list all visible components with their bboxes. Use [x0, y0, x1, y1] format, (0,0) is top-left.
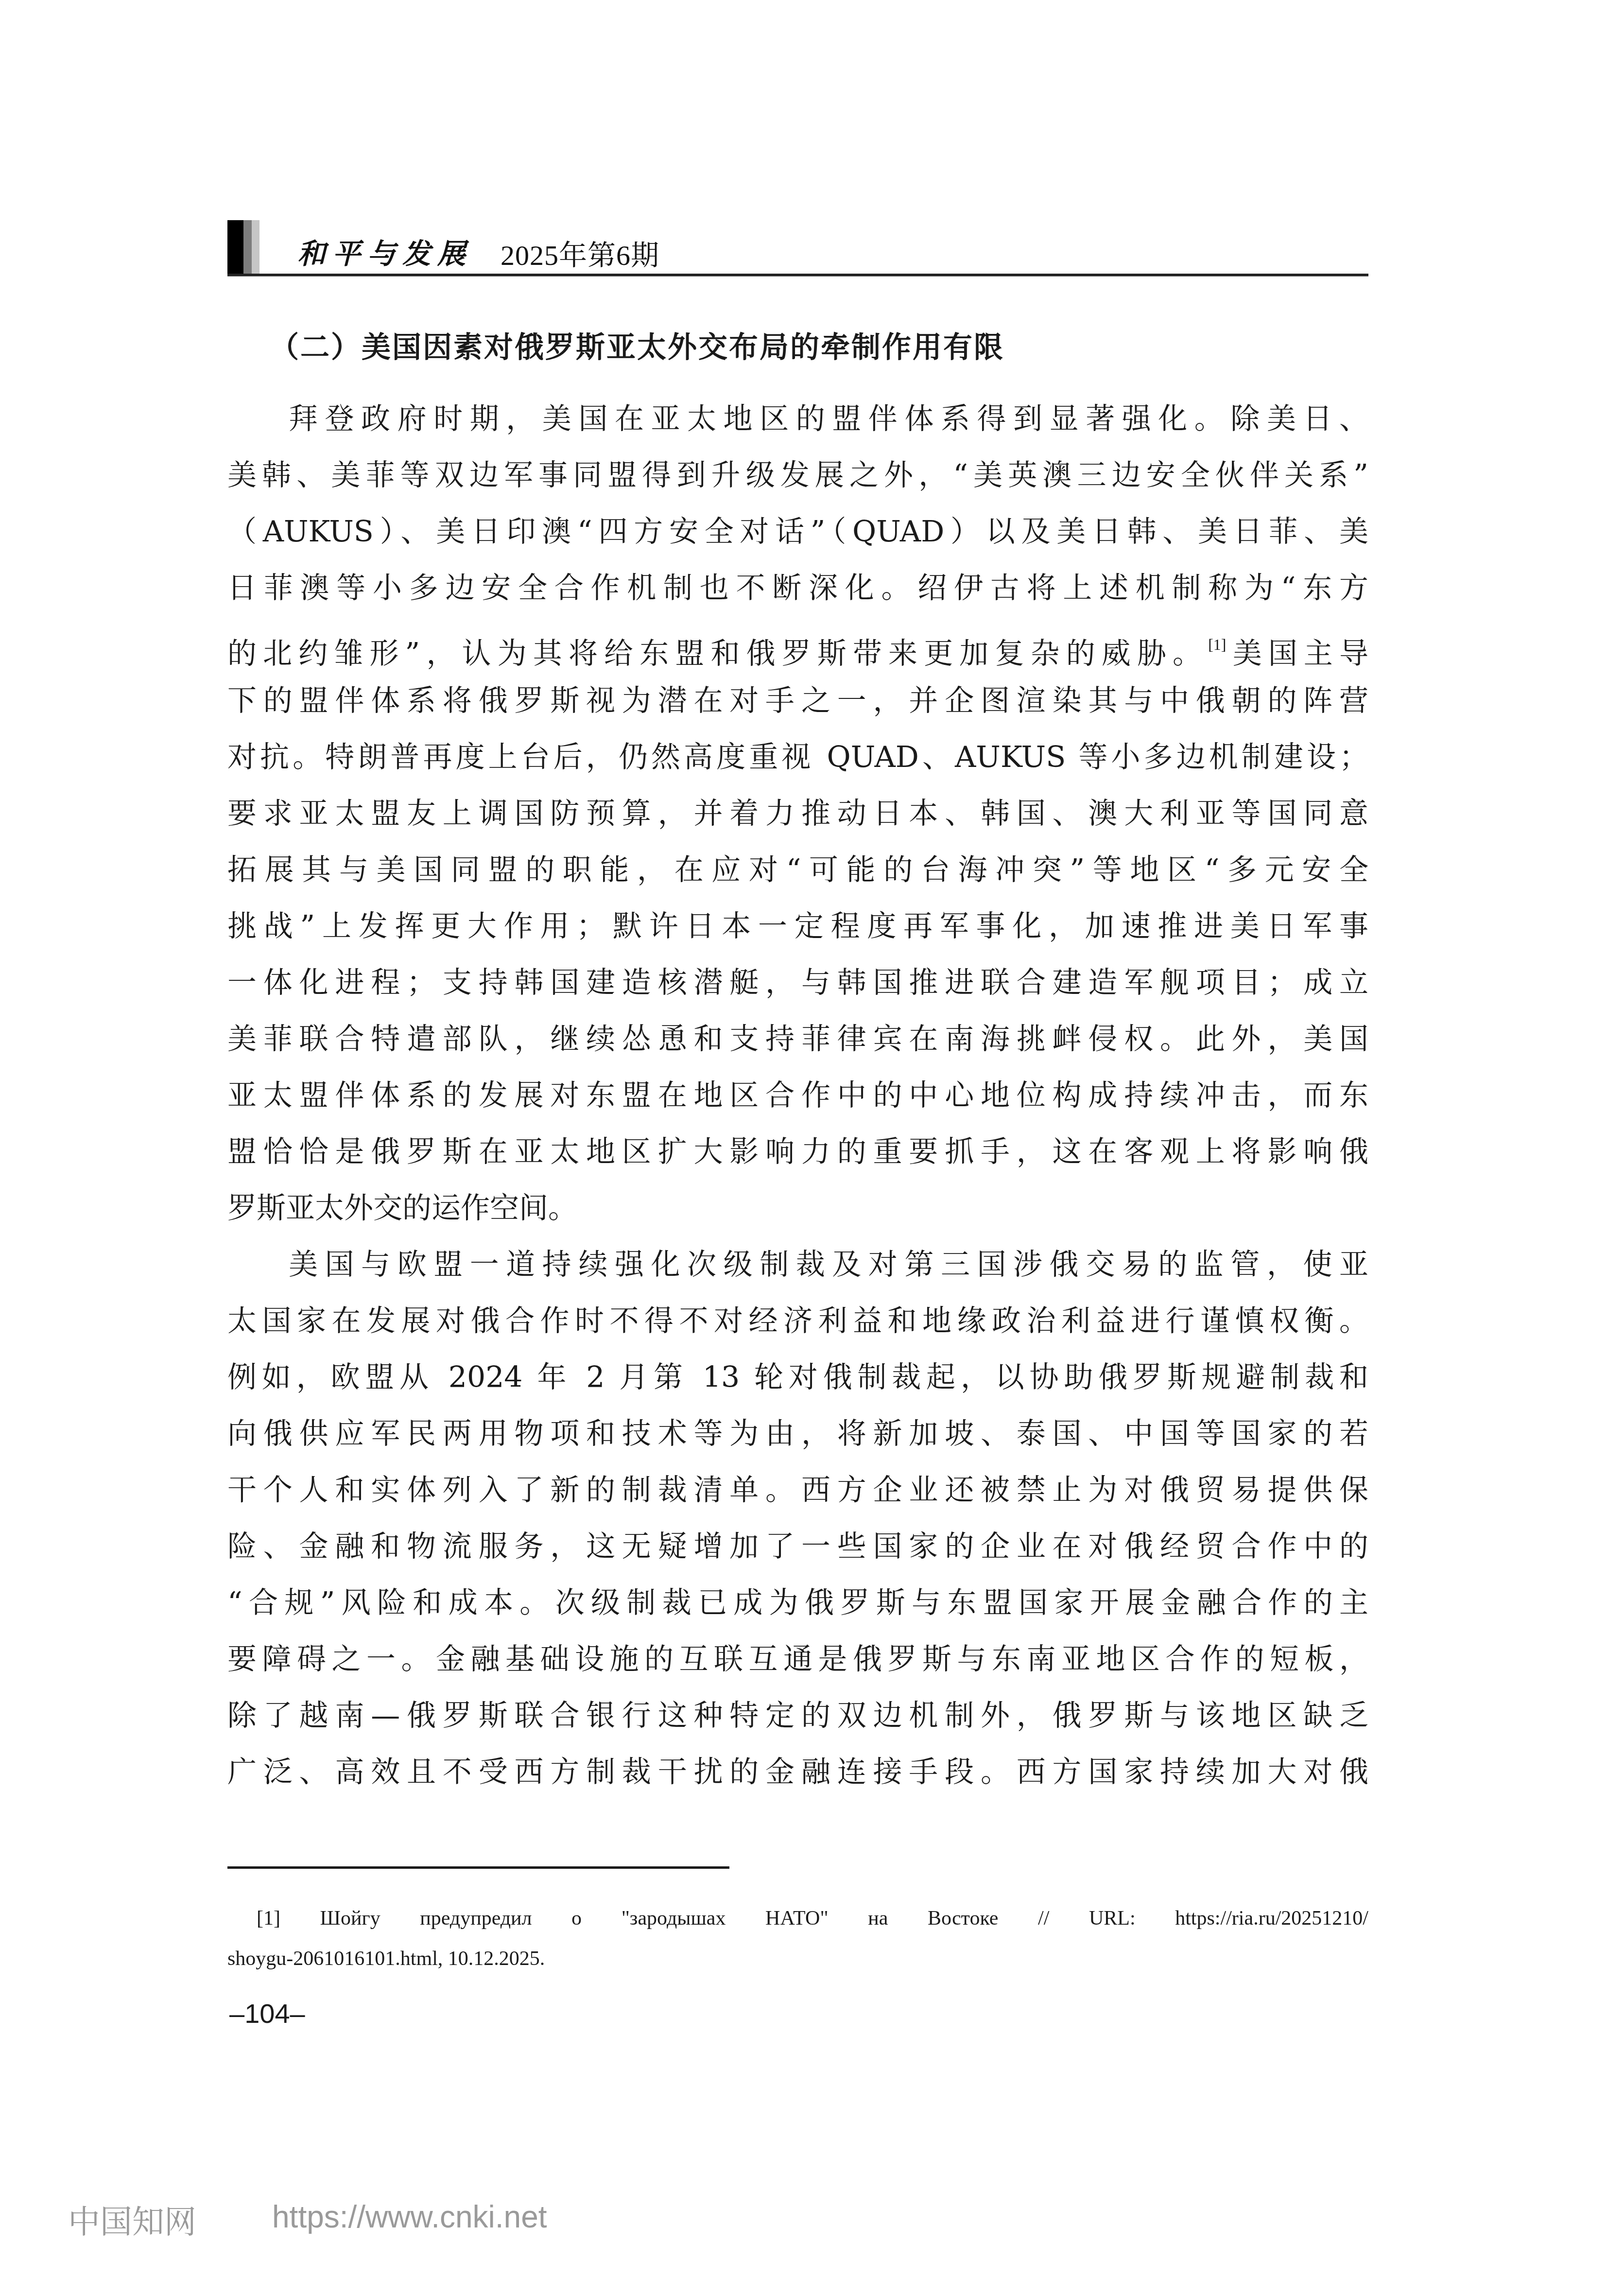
footnote-rule — [227, 1866, 729, 1869]
paragraph-1-line-15: 罗斯亚太外交的运作空间。 — [227, 1191, 1368, 1225]
paragraph-2-line-8: 要障碍之一。金融基础设施的互联互通是俄罗斯与东南亚地区合作的短板， — [227, 1642, 1368, 1676]
footnote-1-line-2: shoygu-2061016101.html, 10.12.2025. — [227, 1947, 1368, 1971]
header-bar-black — [227, 220, 243, 276]
paragraph-2-line-3: 例如，欧盟从 2024 年 2 月第 13 轮对俄制裁起，以协助俄罗斯规避制裁和 — [227, 1360, 1368, 1394]
paragraph-2-line-6: 险、金融和物流服务，这无疑增加了一些国家的企业在对俄经贸合作中的 — [227, 1530, 1368, 1564]
paragraph-1-line-6: 下的盟伴体系将俄罗斯视为潜在对手之一，并企图渲染其与中俄朝的阵营 — [227, 684, 1368, 718]
paragraph-1-line-8: 要求亚太盟友上调国防预算，并着力推动日本、韩国、澳大利亚等国同意 — [227, 797, 1368, 831]
paragraph-2-line-1: 美国与欧盟一道持续强化次级制裁及对第三国涉俄交易的监管，使亚 — [289, 1248, 1368, 1282]
paragraph-2-line-7: “合规”风险和成本。次级制裁已成为俄罗斯与东盟国家开展金融合作的主 — [227, 1586, 1368, 1620]
paragraph-1-line-11: 一体化进程；支持韩国建造核潜艇，与韩国推进联合建造军舰项目；成立 — [227, 966, 1368, 1000]
paragraph-1-line-13: 亚太盟伴体系的发展对东盟在地区合作中的中心地位构成持续冲击，而东 — [227, 1078, 1368, 1113]
header-bar-gray — [243, 220, 252, 276]
paragraph-1-line-1: 拜登政府时期，美国在亚太地区的盟伴体系得到显著强化。除美日、 — [289, 402, 1368, 436]
paragraph-1-line-7: 对抗。特朗普再度上台后，仍然高度重视 QUAD、AUKUS 等小多边机制建设； — [227, 740, 1368, 774]
paragraph-1-line-9: 拓展其与美国同盟的职能，在应对“可能的台海冲突”等地区“多元安全 — [227, 853, 1368, 887]
journal-name: 和平与发展 — [297, 231, 472, 272]
header-bar-light — [252, 220, 259, 276]
footnote-1-line-1: [1] Шойгу предупредил о "зародышах НАТО"… — [257, 1906, 1368, 1931]
paragraph-1-line-12: 美菲联合特遣部队，继续怂恿和支持菲律宾在南海挑衅侵权。此外，美国 — [227, 1022, 1368, 1056]
line-5-tail: 美国主导 — [1227, 637, 1369, 671]
paragraph-1-line-14: 盟恰恰是俄罗斯在亚太地区扩大影响力的重要抓手，这在客观上将影响俄 — [227, 1135, 1368, 1169]
paragraph-1-line-4: 日菲澳等小多边安全合作机制也不断深化。绍伊古将上述机制称为“东方 — [227, 571, 1368, 605]
paragraph-1-line-5: 的北约雏形”，认为其将给东盟和俄罗斯带来更加复杂的威胁。[1]美国主导 — [227, 627, 1368, 661]
paragraph-1-line-2: 美韩、美菲等双边军事同盟得到升级发展之外，“美英澳三边安全伙伴关系” — [227, 458, 1368, 492]
paragraph-2-line-5: 干个人和实体列入了新的制裁清单。西方企业还被禁止为对俄贸易提供保 — [227, 1473, 1368, 1507]
header-rule — [227, 274, 1368, 277]
paragraph-2-line-10: 广泛、高效且不受西方制裁干扰的金融连接手段。西方国家持续加大对俄 — [227, 1755, 1368, 1789]
page-number: –104– — [229, 1998, 305, 2029]
watermark-site-name: 中国知网 — [68, 2196, 196, 2242]
paragraph-1-line-10: 挑战”上发挥更大作用；默许日本一定程度再军事化，加速推进美日军事 — [227, 909, 1368, 943]
section-heading: （二）美国因素对俄罗斯亚太外交布局的牵制作用有限 — [270, 324, 1004, 366]
footnote-ref-1[interactable]: [1] — [1208, 636, 1226, 653]
paragraph-1-line-3: （AUKUS）、美日印澳“四方安全对话”（QUAD）以及美日韩、美日菲、美 — [227, 515, 1368, 549]
watermark-url[interactable]: https://www.cnki.net — [272, 2199, 547, 2235]
line-5-text: 的北约雏形”，认为其将给东盟和俄罗斯带来更加复杂的威胁。 — [227, 637, 1208, 671]
paragraph-2-line-2: 太国家在发展对俄合作时不得不对经济利益和地缘政治利益进行谨慎权衡。 — [227, 1304, 1368, 1338]
paragraph-2-line-9: 除了越南—俄罗斯联合银行这种特定的双边机制外，俄罗斯与该地区缺乏 — [227, 1699, 1368, 1733]
paragraph-2-line-4: 向俄供应军民两用物项和技术等为由，将新加坡、泰国、中国等国家的若 — [227, 1417, 1368, 1451]
issue-label: 2025年第6期 — [501, 232, 659, 273]
